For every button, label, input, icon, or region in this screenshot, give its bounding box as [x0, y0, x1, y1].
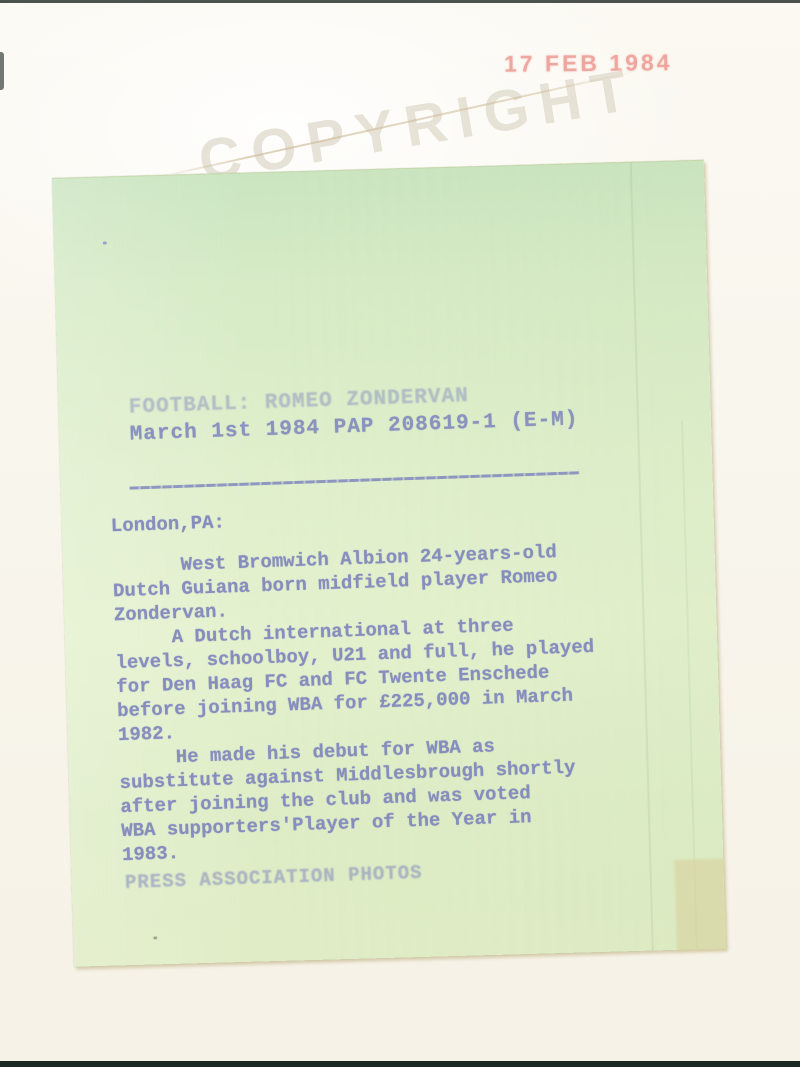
scan-mark-left: [0, 52, 4, 90]
caption-paper: FOOTBALL: ROMEO ZONDERVAN March 1st 1984…: [52, 160, 726, 967]
caption-text-block: FOOTBALL: ROMEO ZONDERVAN March 1st 1984…: [107, 378, 705, 937]
agency-credit: PRESS ASSOCIATION PHOTOS: [125, 861, 423, 895]
typed-underline-divider: [130, 471, 580, 489]
ink-speck: [103, 241, 107, 244]
caption-body: West Bromwich Albion 24-years-old Dutch …: [112, 539, 601, 867]
scan-edge-bottom: [0, 1061, 800, 1067]
scan-edge-top: [0, 0, 800, 3]
dirt-speck: [153, 936, 157, 939]
caption-dateline: London,PA:: [110, 510, 225, 538]
